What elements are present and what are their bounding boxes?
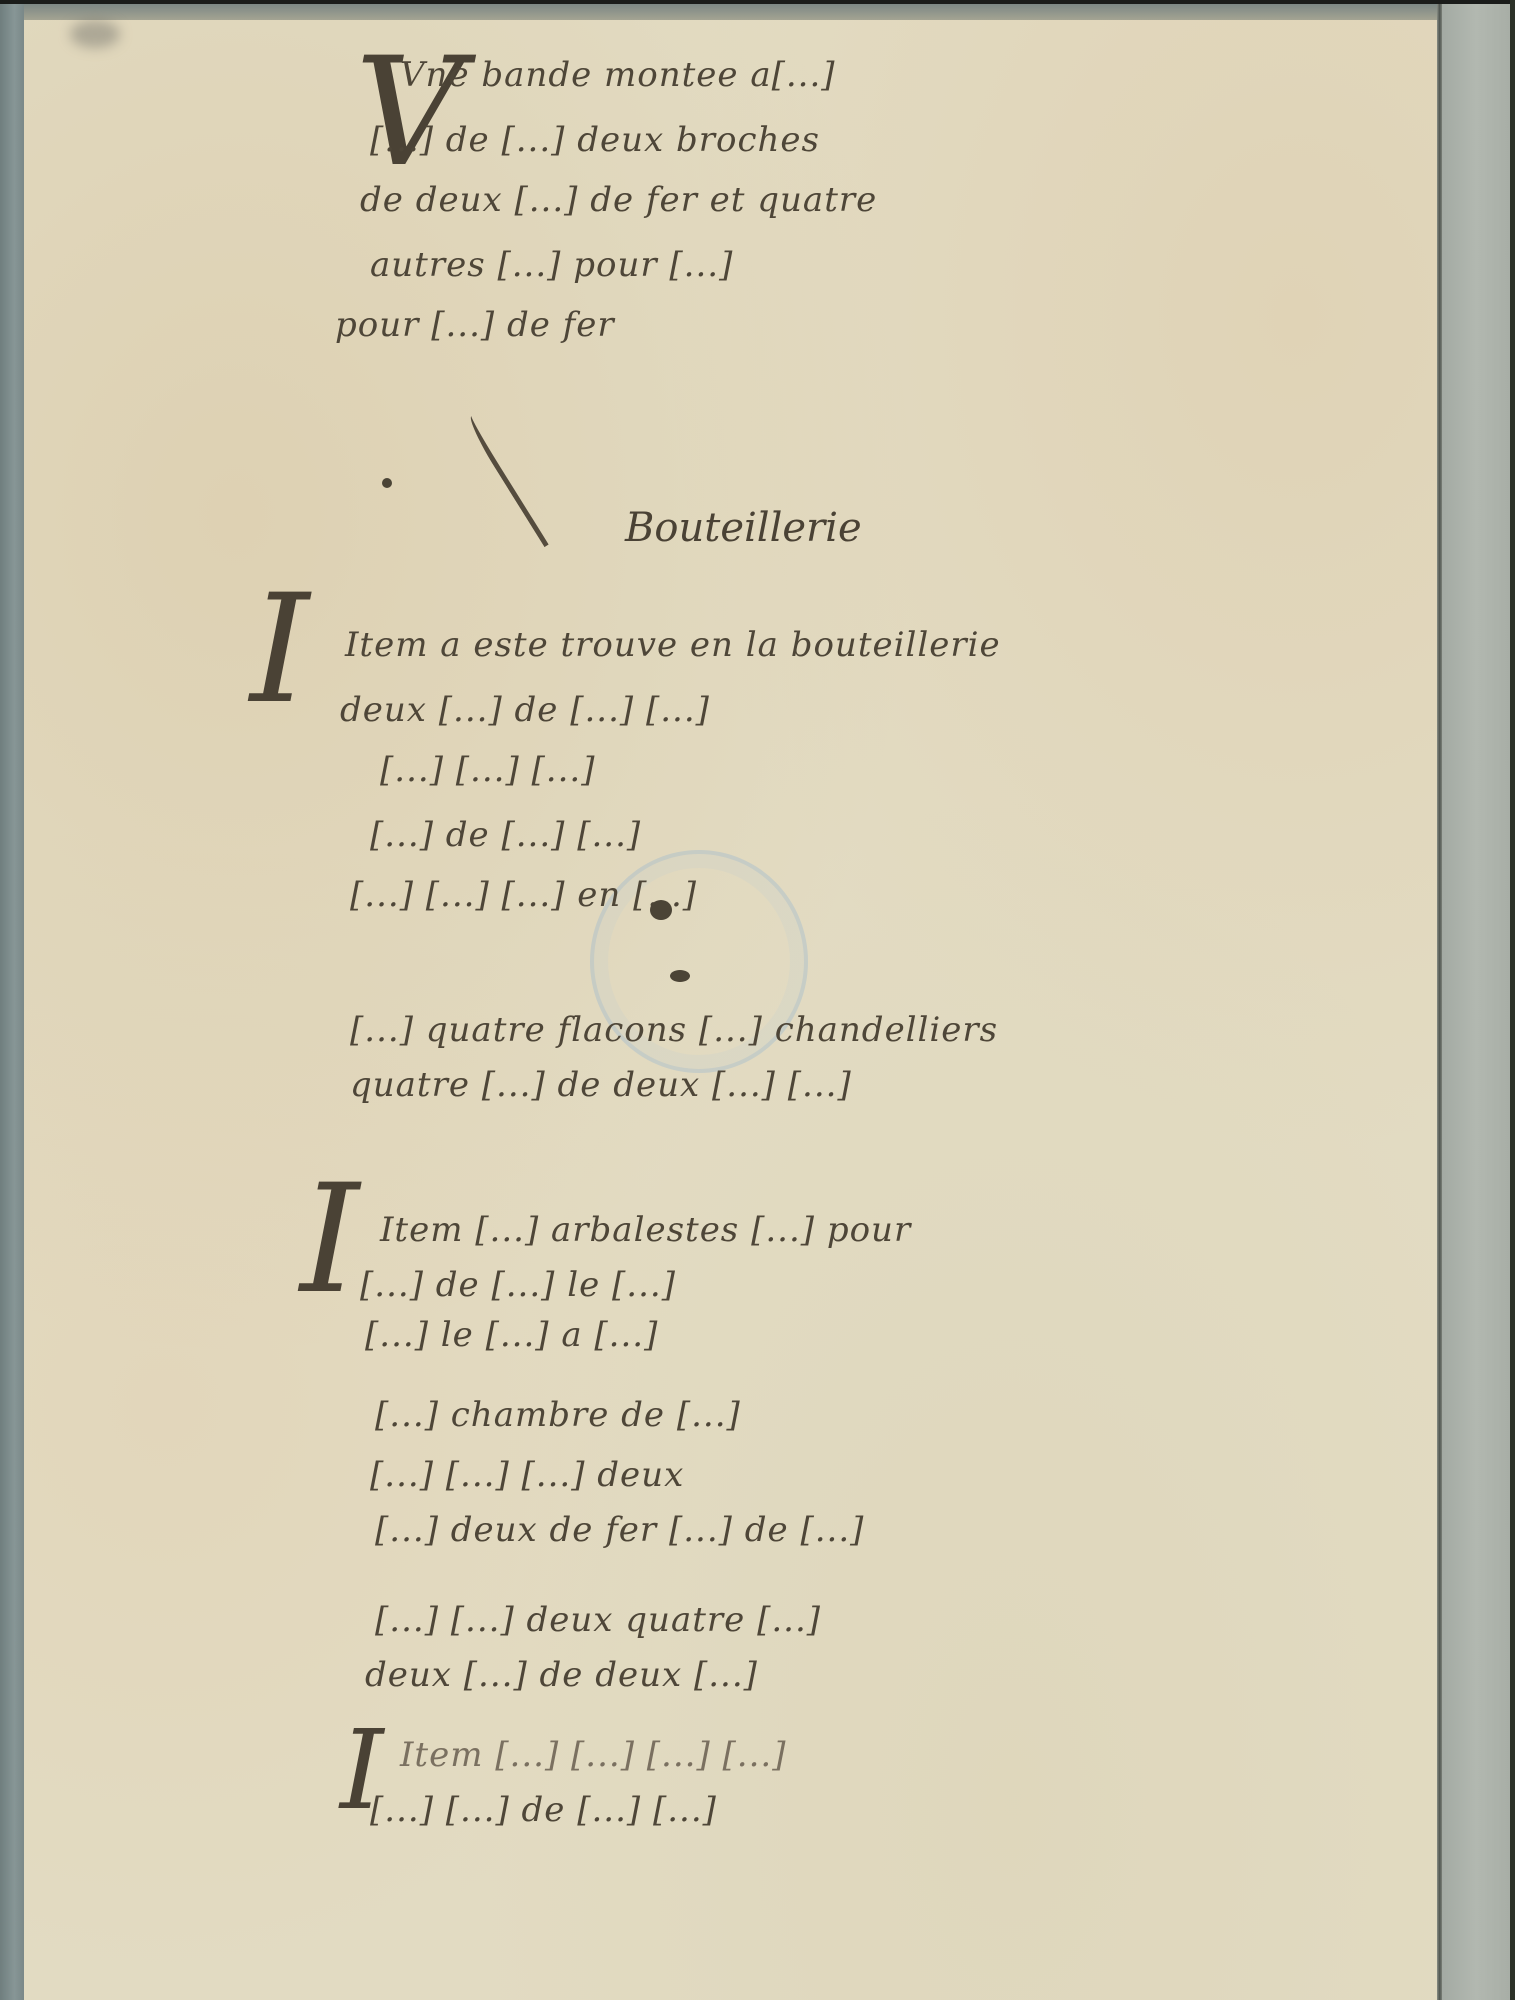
entry-initial: I (300, 1165, 359, 1315)
manuscript-line: [...] [...] [...] en [...] (350, 875, 697, 915)
manuscript-line: [...] quatre flacons [...] chandelliers (350, 1010, 998, 1050)
manuscript-line: [...] de [...] deux broches (370, 120, 820, 160)
manuscript-line: quatre [...] de deux [...] [...] (350, 1065, 852, 1105)
ink-dot (382, 478, 392, 488)
ink-blot (650, 900, 672, 920)
manuscript-line: [...] [...] deux quatre [...] (375, 1600, 821, 1640)
manuscript-line: pour [...] de fer (335, 305, 615, 345)
section-heading: Bouteillerie (625, 505, 862, 551)
manuscript-line: Item a este trouve en la bouteillerie (345, 625, 1001, 665)
manuscript-line: deux [...] de deux [...] (365, 1655, 758, 1695)
manuscript-line: [...] [...] de [...] [...] (370, 1790, 717, 1830)
manuscript-line: [...] chambre de [...] (375, 1395, 741, 1435)
manuscript-line: [...] [...] [...] deux (370, 1455, 684, 1495)
manuscript-line: [...] le [...] a [...] (365, 1315, 658, 1355)
entry-initial: I (250, 575, 309, 725)
mount-right-border (1442, 4, 1510, 2000)
manuscript-line: [...] de [...] le [...] (360, 1265, 676, 1305)
manuscript-line: [...] [...] [...] (380, 750, 595, 790)
scan-right-edge (1510, 0, 1515, 2000)
manuscript-line: Item [...] arbalestes [...] pour (380, 1210, 911, 1250)
manuscript-line: de deux [...] de fer et quatre (360, 180, 877, 220)
manuscript-line: deux [...] de [...] [...] (340, 690, 710, 730)
manuscript-line: Item [...] [...] [...] [...] (400, 1735, 787, 1775)
manuscript-line: Vne bande montee a[...] (400, 55, 836, 95)
manuscript-line: [...] de [...] [...] (370, 815, 641, 855)
paper-stain (70, 20, 120, 48)
manuscript-line: [...] deux de fer [...] de [...] (375, 1510, 864, 1550)
ink-blot (670, 970, 690, 982)
mount-left-border (0, 4, 24, 2000)
manuscript-line: autres [...] pour [...] (370, 245, 733, 285)
